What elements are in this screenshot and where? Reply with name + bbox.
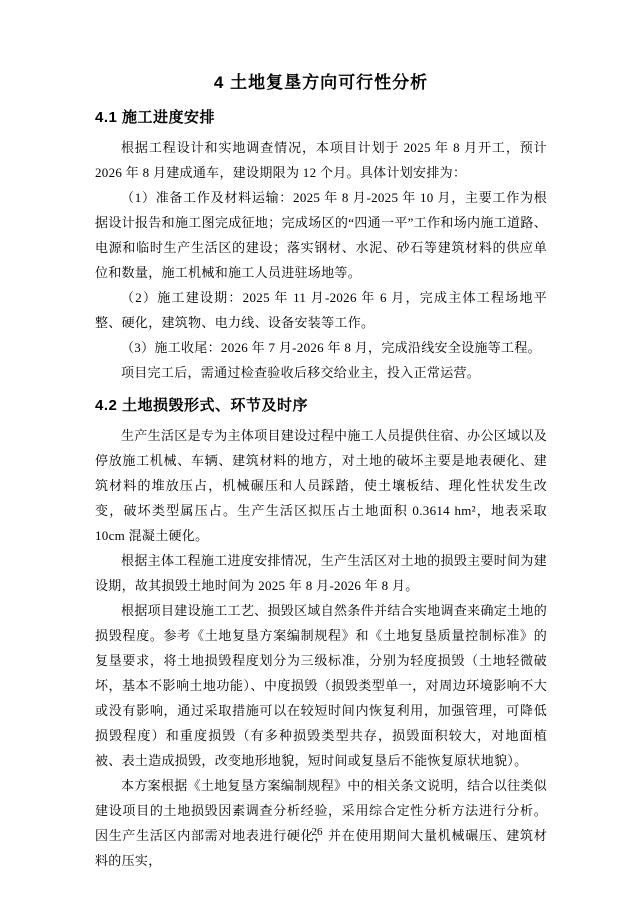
section-4-2: 4.2 土地损毁形式、环节及时序 生产生活区是专为主体项目建设过程中施工人员提供… <box>95 395 547 873</box>
section-heading-4-1: 4.1 施工进度安排 <box>95 107 547 128</box>
document-page: 4 土地复垦方向可行性分析 4.1 施工进度安排 根据工程设计和实地调查情况，本… <box>0 0 634 898</box>
section-4-1: 4.1 施工进度安排 根据工程设计和实地调查情况，本项目计划于 2025 年 8… <box>95 107 547 385</box>
document-title: 4 土地复垦方向可行性分析 <box>95 72 547 94</box>
paragraph: 根据项目建设施工工艺、损毁区域自然条件并结合实地调查来确定土地的损毁程度。参考《… <box>95 598 547 773</box>
paragraph: 生产生活区是专为主体项目建设过程中施工人员提供住宿、办公区域以及停放施工机械、车… <box>95 423 547 548</box>
paragraph: 根据工程设计和实地调查情况，本项目计划于 2025 年 8 月开工，预计 202… <box>95 135 547 185</box>
paragraph: 根据主体工程施工进度安排情况，生产生活区对土地的损毁主要时间为建设期，故其损毁土… <box>95 548 547 598</box>
section-heading-4-2: 4.2 土地损毁形式、环节及时序 <box>95 395 547 416</box>
paragraph: 项目完工后，需通过检查验收后移交给业主，投入正常运营。 <box>95 360 547 385</box>
paragraph: （3）施工收尾：2026 年 7 月-2026 年 8 月，完成沿线安全设施等工… <box>95 335 547 360</box>
paragraph: 本方案根据《土地复垦方案编制规程》中的相关条文说明，结合以往类似建设项目的土地损… <box>95 773 547 873</box>
page-number: 26 <box>0 826 634 838</box>
paragraph: （1）准备工作及材料运输：2025 年 8 月-2025 年 10 月，主要工作… <box>95 185 547 285</box>
paragraph: （2）施工建设期：2025 年 11 月-2026 年 6 月，完成主体工程场地… <box>95 285 547 335</box>
